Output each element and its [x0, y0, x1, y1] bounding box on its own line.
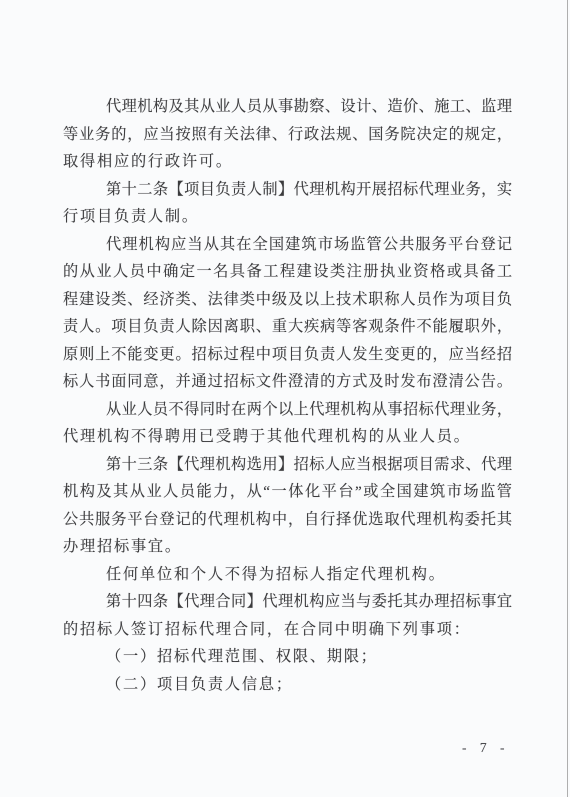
text-line: 行项目负责人制。 [63, 203, 512, 231]
text-line: 标人书面同意，并通过招标文件澄清的方式及时发布澄清公告。 [63, 368, 512, 396]
text-line: 取得相应的行政许可。 [63, 148, 512, 176]
text-line: （一）招标代理范围、权限、期限； [63, 643, 512, 671]
text-line: 机构及其从业人员能力，从“一体化平台”或全国建筑市场监管 [63, 478, 512, 506]
text-line: 代理机构应当从其在全国建筑市场监管公共服务平台登记 [63, 231, 512, 259]
text-line: 的从业人员中确定一名具备工程建设类注册执业资格或具备工 [63, 258, 512, 286]
text-line: 第十三条【代理机构选用】招标人应当根据项目需求、代理 [63, 451, 512, 479]
text-line: 程建设类、经济类、法律类中级及以上技术职称人员作为项目负 [63, 286, 512, 314]
text-line: 第十四条【代理合同】代理机构应当与委托其办理招标事宜 [63, 588, 512, 616]
text-line: 责人。项目负责人除因离职、重大疾病等客观条件不能履职外， [63, 313, 512, 341]
scan-edge-line [567, 0, 568, 797]
document-page: 代理机构及其从业人员从事勘察、设计、造价、施工、监理等业务的，应当按照有关法律、… [0, 0, 570, 797]
text-line: 的招标人签订招标代理合同，在合同中明确下列事项： [63, 616, 512, 644]
text-line: 公共服务平台登记的代理机构中，自行择优选取代理机构委托其 [63, 506, 512, 534]
text-line: （二）项目负责人信息； [63, 671, 512, 699]
text-line: 第十二条【项目负责人制】代理机构开展招标代理业务，实 [63, 176, 512, 204]
text-line: 代理机构及其从业人员从事勘察、设计、造价、施工、监理 [63, 93, 512, 121]
document-text-block: 代理机构及其从业人员从事勘察、设计、造价、施工、监理等业务的，应当按照有关法律、… [63, 93, 512, 698]
text-line: 任何单位和个人不得为招标人指定代理机构。 [63, 561, 512, 589]
text-line: 从业人员不得同时在两个以上代理机构从事招标代理业务， [63, 396, 512, 424]
page-number: - 7 - [462, 740, 509, 756]
text-line: 等业务的，应当按照有关法律、行政法规、国务院决定的规定， [63, 121, 512, 149]
text-line: 办理招标事宜。 [63, 533, 512, 561]
text-line: 原则上不能变更。招标过程中项目负责人发生变更的，应当经招 [63, 341, 512, 369]
text-line: 代理机构不得聘用已受聘于其他代理机构的从业人员。 [63, 423, 512, 451]
